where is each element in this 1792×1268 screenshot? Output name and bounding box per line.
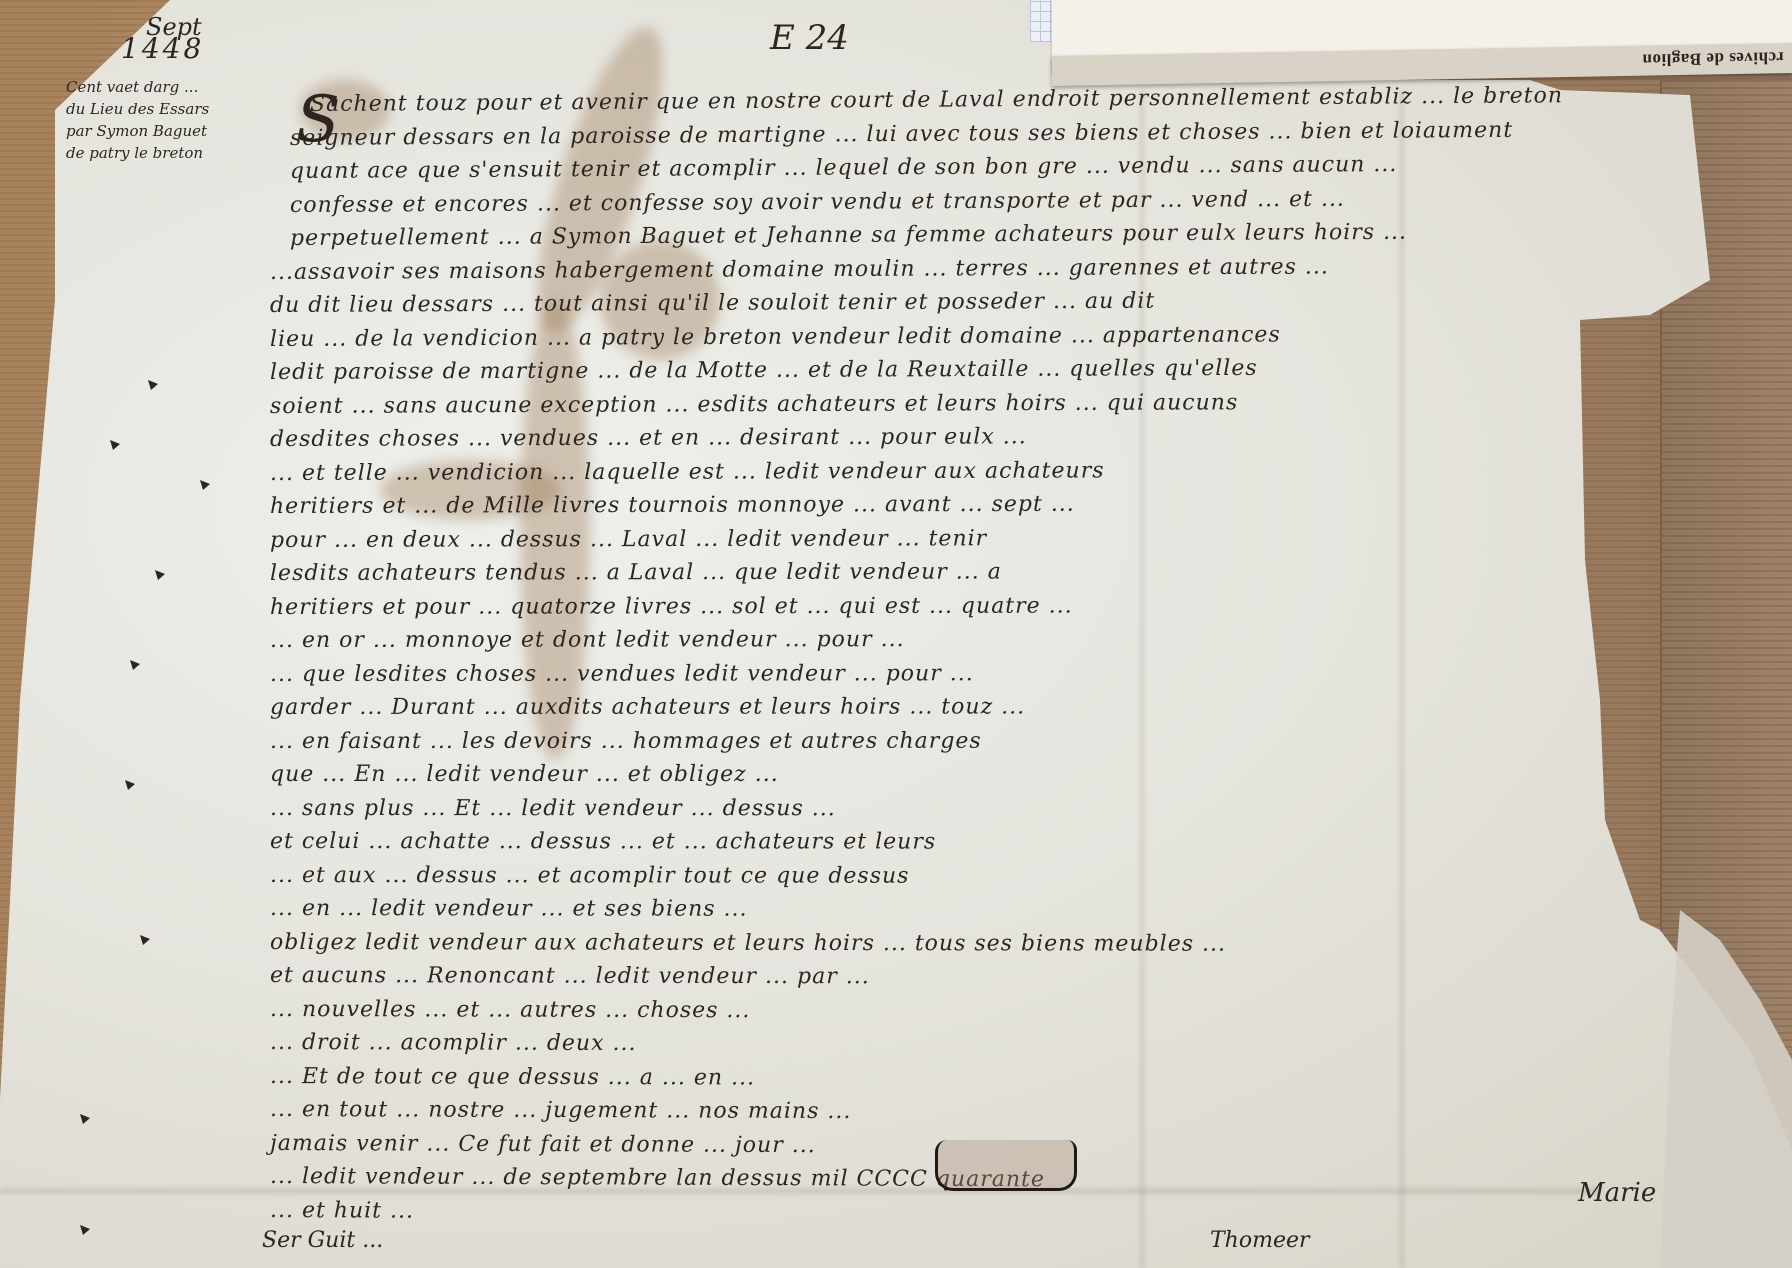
text-line: jamais venir ... Ce fut fait et donne ..…	[270, 1131, 816, 1158]
margin-note-line: Cent vaet darg ...	[66, 76, 276, 98]
text-line: lesdits achateurs tendus ... a Laval ...…	[270, 559, 1002, 586]
text-line: ... et telle ... vendicion ... laquelle …	[270, 458, 1105, 486]
text-line: que ... En ... ledit vendeur ... et obli…	[270, 762, 779, 787]
binding-hole	[80, 1114, 90, 1124]
margin-note: Sept 1448 Cent vaet darg ... du Lieu des…	[66, 16, 276, 164]
text-line: ... sans plus ... Et ... ledit vendeur .…	[270, 796, 836, 821]
text-line: ... en or ... monnoye et dont ledit vend…	[270, 627, 905, 653]
binding-hole	[200, 480, 210, 490]
text-line: ...assavoir ses maisons habergement doma…	[270, 254, 1329, 285]
notary-signature-right: Marie	[1578, 1178, 1656, 1208]
margin-note-line: du Lieu des Essars	[66, 98, 276, 120]
text-line: pour ... en deux ... dessus ... Laval ..…	[270, 526, 987, 553]
text-line: et aucuns ... Renoncant ... ledit vendeu…	[270, 963, 870, 989]
margin-note-line: par Symon Baguet	[66, 120, 276, 142]
text-line: lieu ... de la vendicion ... a patry le …	[270, 322, 1281, 352]
binding-hole	[125, 780, 135, 790]
binding-hole	[155, 570, 165, 580]
text-line: du dit lieu dessars ... tout ainsi qu'il…	[270, 289, 1155, 318]
text-line: heritiers et ... de Mille livres tournoi…	[270, 492, 1075, 519]
text-line: et celui ... achatte ... dessus ... et .…	[270, 829, 936, 854]
archive-label: rchives de Baglion	[1642, 47, 1784, 69]
text-line: ... en tout ... nostre ... jugement ... …	[270, 1097, 851, 1124]
binding-hole	[80, 1225, 90, 1235]
text-line: ... Et de tout ce que dessus ... a ... e…	[270, 1064, 755, 1091]
text-line: heritiers et pour ... quatorze livres ..…	[270, 593, 1073, 619]
text-line: ledit paroisse de martigne ... de la Mot…	[270, 356, 1258, 385]
binding-hole	[140, 935, 150, 945]
text-line: ... et aux ... dessus ... et acomplir to…	[270, 863, 910, 889]
margin-year: 1448	[121, 38, 276, 60]
text-line: ... et huit ...	[270, 1198, 414, 1224]
text-line: obligez ledit vendeur aux achateurs et l…	[270, 930, 1226, 957]
fold-crease	[1400, 90, 1404, 1268]
binding-hole	[148, 380, 158, 390]
archive-reference: E 24	[770, 18, 849, 58]
text-line: ... ledit vendeur ... de septembre lan d…	[270, 1164, 1045, 1192]
text-line: ... droit ... acomplir ... deux ...	[270, 1030, 637, 1056]
binding-hole	[130, 660, 140, 670]
notary-signature-left: Thomeer	[1210, 1228, 1310, 1253]
text-line: desdites choses ... vendues ... et en ..…	[270, 424, 1027, 452]
text-line: soient ... sans aucune exception ... esd…	[270, 390, 1238, 419]
text-line: ... que lesdites choses ... vendues ledi…	[270, 661, 974, 687]
graph-paper-corner	[1030, 0, 1054, 42]
bottom-left-note: Ser Guit ...	[262, 1228, 383, 1253]
margin-note-line: de patry le breton	[66, 142, 276, 164]
text-line: ... en ... ledit vendeur ... et ses bien…	[270, 896, 748, 922]
text-line: ... en faisant ... les devoirs ... homma…	[270, 728, 982, 753]
text-line: garder ... Durant ... auxdits achateurs …	[270, 694, 1025, 720]
text-line: ... nouvelles ... et ... autres ... chos…	[270, 997, 750, 1023]
binding-hole	[110, 440, 120, 450]
seal-tag-cut	[935, 1140, 1077, 1191]
